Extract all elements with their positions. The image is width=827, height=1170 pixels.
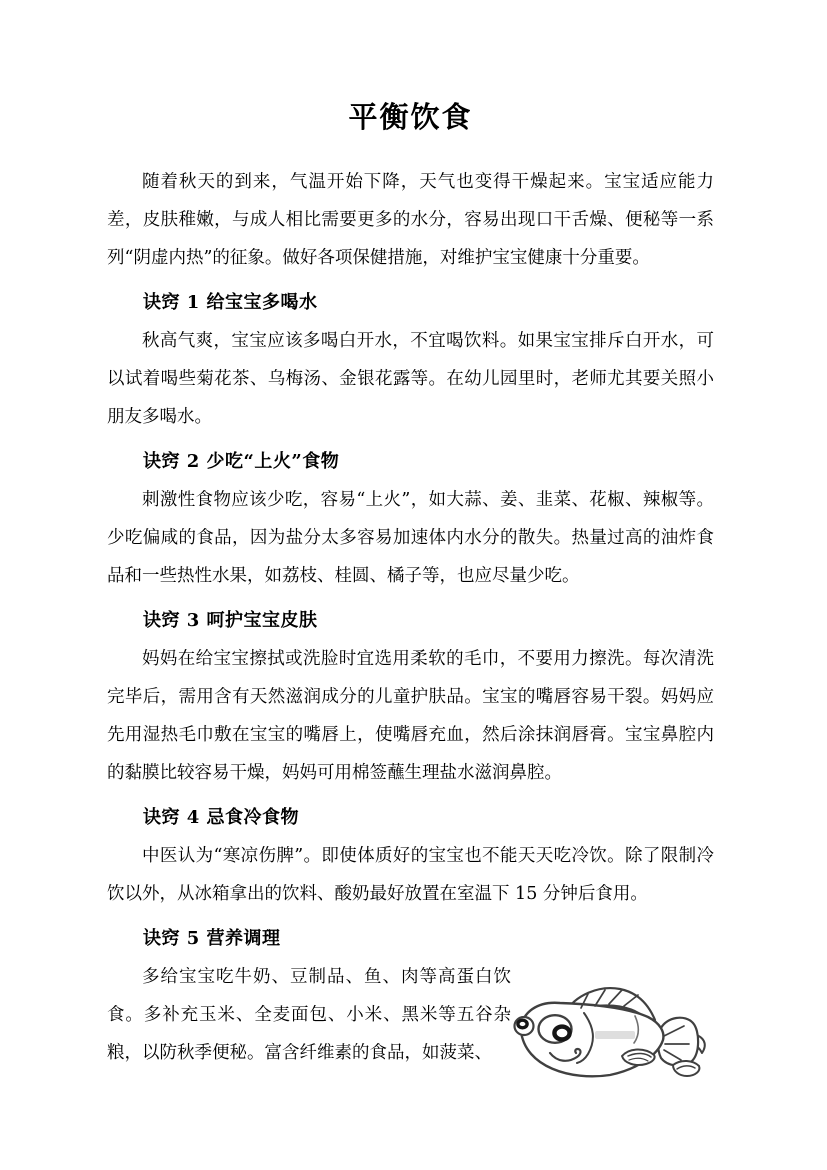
fish-icon [507,970,735,1090]
document-page: 平衡饮食 随着秋天的到来，气温开始下降，天气也变得干燥起来。宝宝适应能力差，皮肤… [0,0,827,1170]
section-tip-5: 诀窍 5 营养调理 多给宝宝吃牛奶、豆制品、鱼、肉等高蛋白饮食。多补充玉米、全麦… [107,920,714,1072]
tip-4-heading: 诀窍 4 忌食冷食物 [107,799,714,837]
section-tip-4: 诀窍 4 忌食冷食物 中医认为“寒凉伤脾”。即使体质好的宝宝也不能天天吃冷饮。除… [107,799,714,913]
section-tip-2: 诀窍 2 少吃“上火”食物 刺激性食物应该少吃，容易“上火”，如大蒜、姜、韭菜、… [107,443,714,595]
section-tip-3: 诀窍 3 呵护宝宝皮肤 妈妈在给宝宝擦拭或洗脸时宜选用柔软的毛巾，不要用力擦洗。… [107,602,714,792]
document-content: 平衡饮食 随着秋天的到来，气温开始下降，天气也变得干燥起来。宝宝适应能力差，皮肤… [107,93,714,1072]
tip-5-paragraph: 多给宝宝吃牛奶、豆制品、鱼、肉等高蛋白饮食。多补充玉米、全麦面包、小米、黑米等五… [107,958,511,1072]
fish-illustration [507,970,735,1090]
tip-3-heading: 诀窍 3 呵护宝宝皮肤 [107,602,714,640]
tip-3-paragraph: 妈妈在给宝宝擦拭或洗脸时宜选用柔软的毛巾，不要用力擦洗。每次清洗完毕后，需用含有… [107,640,714,792]
tip-5-heading: 诀窍 5 营养调理 [107,920,714,958]
tip-2-heading: 诀窍 2 少吃“上火”食物 [107,443,714,481]
tip-1-heading: 诀窍 1 给宝宝多喝水 [107,284,714,322]
document-title: 平衡饮食 [107,93,714,141]
intro-paragraph: 随着秋天的到来，气温开始下降，天气也变得干燥起来。宝宝适应能力差，皮肤稚嫩，与成… [107,163,714,277]
tip-2-paragraph: 刺激性食物应该少吃，容易“上火”，如大蒜、姜、韭菜、花椒、辣椒等。少吃偏咸的食品… [107,481,714,595]
tip-1-paragraph: 秋高气爽，宝宝应该多喝白开水，不宜喝饮料。如果宝宝排斥白开水，可以试着喝些菊花茶… [107,322,714,436]
section-tip-1: 诀窍 1 给宝宝多喝水 秋高气爽，宝宝应该多喝白开水，不宜喝饮料。如果宝宝排斥白… [107,284,714,436]
tip-4-paragraph: 中医认为“寒凉伤脾”。即使体质好的宝宝也不能天天吃冷饮。除了限制冷饮以外，从冰箱… [107,837,714,913]
watermark-smudge [595,1031,635,1039]
